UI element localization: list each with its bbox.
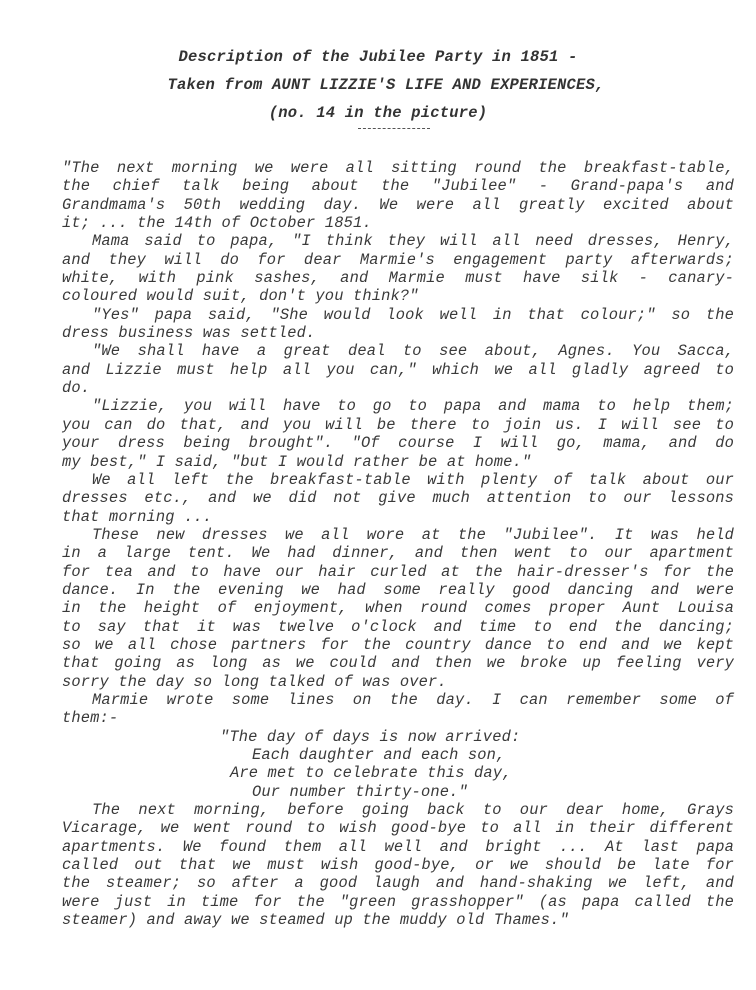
text-line: them:- xyxy=(62,709,734,727)
text-line: Mama said to papa, "I think they will al… xyxy=(62,232,734,250)
text-line: in a large tent. We had dinner, and then… xyxy=(62,544,734,562)
verse-line: Each daughter and each son, xyxy=(62,746,734,764)
text-line: that going as long as we could and then … xyxy=(62,654,734,672)
text-line: white, with pink sashes, and Marmie must… xyxy=(62,269,734,287)
text-line: and Lizzie must help all you can," which… xyxy=(62,361,734,379)
text-line: "Lizzie, you will have to go to papa and… xyxy=(62,397,734,415)
text-line: sorry the day so long talked of was over… xyxy=(62,673,734,691)
text-line: Vicarage, we went round to wish good-bye… xyxy=(62,819,734,837)
text-line: and they will do for dear Marmie's engag… xyxy=(62,251,734,269)
text-line: These new dresses we all wore at the "Ju… xyxy=(62,526,734,544)
text-line: "The next morning we were all sitting ro… xyxy=(62,159,734,177)
text-line: it; ... the 14th of October 1851. xyxy=(62,214,734,232)
text-line: my best," I said, "but I would rather be… xyxy=(62,453,734,471)
text-line: "Yes" papa said, "She would look well in… xyxy=(62,306,734,324)
text-line: Grandmama's 50th wedding day. We were al… xyxy=(62,196,734,214)
text-line: Marmie wrote some lines on the day. I ca… xyxy=(62,691,734,709)
text-line: We all left the breakfast-table with ple… xyxy=(62,471,734,489)
text-line: The next morning, before going back to o… xyxy=(62,801,734,819)
text-line: dresses etc., and we did not give much a… xyxy=(62,489,734,507)
title-separator xyxy=(358,128,430,129)
text-line: that morning ... xyxy=(62,508,734,526)
verse-line: Are met to celebrate this day, xyxy=(62,764,734,782)
text-line: coloured would suit, don't you think?" xyxy=(62,287,734,305)
text-line: you can do that, and you will be there t… xyxy=(62,416,734,434)
text-line: in the height of enjoyment, when round c… xyxy=(62,599,734,617)
document-page: Description of the Jubilee Party in 1851… xyxy=(0,0,756,990)
text-line: to say that it was twelve o'clock and ti… xyxy=(62,618,734,636)
verse-line: "The day of days is now arrived: xyxy=(62,728,734,746)
text-line: steamer) and away we steamed up the mudd… xyxy=(62,911,734,929)
document-subtitle: Taken from AUNT LIZZIE'S LIFE AND EXPERI… xyxy=(8,76,756,94)
text-line: for tea and to have our hair curled at t… xyxy=(62,563,734,581)
verse-line: Our number thirty-one." xyxy=(62,783,734,801)
text-line: dress business was settled. xyxy=(62,324,734,342)
document-body: "The next morning we were all sitting ro… xyxy=(62,159,734,929)
text-line: the chief talk being about the "Jubilee"… xyxy=(62,177,734,195)
text-line: the steamer; so after a good laugh and h… xyxy=(62,874,734,892)
text-line: called out that we must wish good-bye, o… xyxy=(62,856,734,874)
text-line: dance. In the evening we had some really… xyxy=(62,581,734,599)
text-line: do. xyxy=(62,379,734,397)
document-title: Description of the Jubilee Party in 1851… xyxy=(0,48,756,66)
text-line: your dress being brought". "Of course I … xyxy=(62,434,734,452)
text-line: were just in time for the "green grassho… xyxy=(62,893,734,911)
text-line: apartments. We found them all well and b… xyxy=(62,838,734,856)
document-caption: (no. 14 in the picture) xyxy=(0,104,756,122)
text-line: so we all chose partners for the country… xyxy=(62,636,734,654)
text-line: "We shall have a great deal to see about… xyxy=(62,342,734,360)
